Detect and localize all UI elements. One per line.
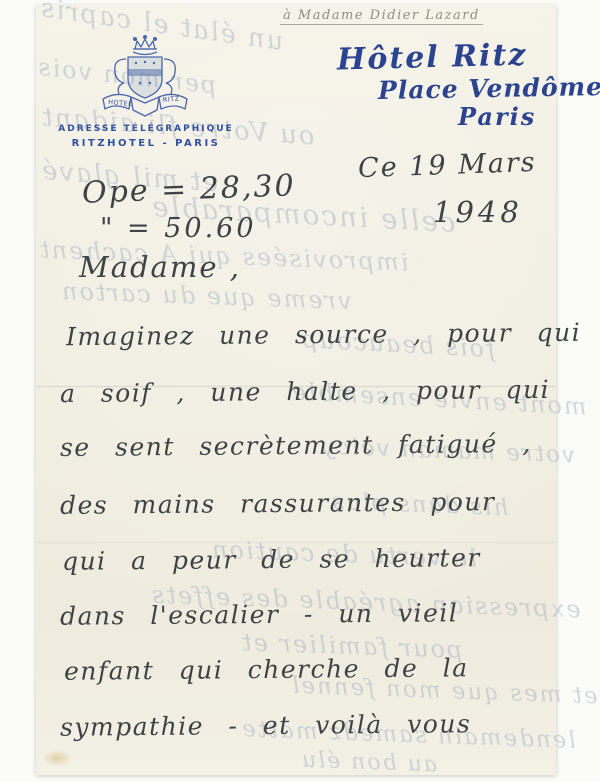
crest-banner-right-text: RITZ [162, 95, 180, 104]
price-note-1: Ope = 28,30 [81, 168, 296, 210]
body-line-4: des mains rassurantes pour [60, 487, 496, 520]
body-line-7: enfant qui cherche de la [64, 653, 469, 686]
body-line-5: qui a peur de se heurter [62, 543, 481, 576]
body-line-8: sympathie - et voilà vous [60, 709, 472, 742]
body-line-1: Imaginez une source , pour qui [66, 318, 581, 351]
hotel-city: Paris [458, 102, 536, 131]
telegraph-address: RITZHOTEL - PARIS [55, 138, 237, 149]
ritz-coat-of-arms-icon: HOTEL RITZ [95, 33, 195, 123]
hotel-name: Hôtel Ritz [337, 38, 528, 78]
date-line-2: 1948 [433, 195, 523, 229]
paper-stain [42, 750, 72, 766]
hotel-address: Place Vendôme [378, 72, 600, 105]
pencil-annotation: à Madame Didier Lazard [280, 8, 483, 25]
date-line-1: Ce 19 Mars [358, 147, 538, 184]
salutation: Madame , [79, 250, 241, 284]
body-line-3: se sent secrètement fatigué , [60, 429, 532, 462]
body-line-6: dans l'escalier - un vieil [60, 598, 459, 630]
price-note-2: " = 50.60 [100, 213, 257, 244]
ritz-crest: HOTEL RITZ [95, 33, 195, 123]
scanned-letter: un élat el caprisper mon voisou Votre fl… [0, 0, 600, 782]
telegraph-label: ADRESSE TÉLÉGRAPHIQUE [55, 124, 237, 134]
body-line-2: a soif , une halte , pour qui [60, 375, 550, 408]
